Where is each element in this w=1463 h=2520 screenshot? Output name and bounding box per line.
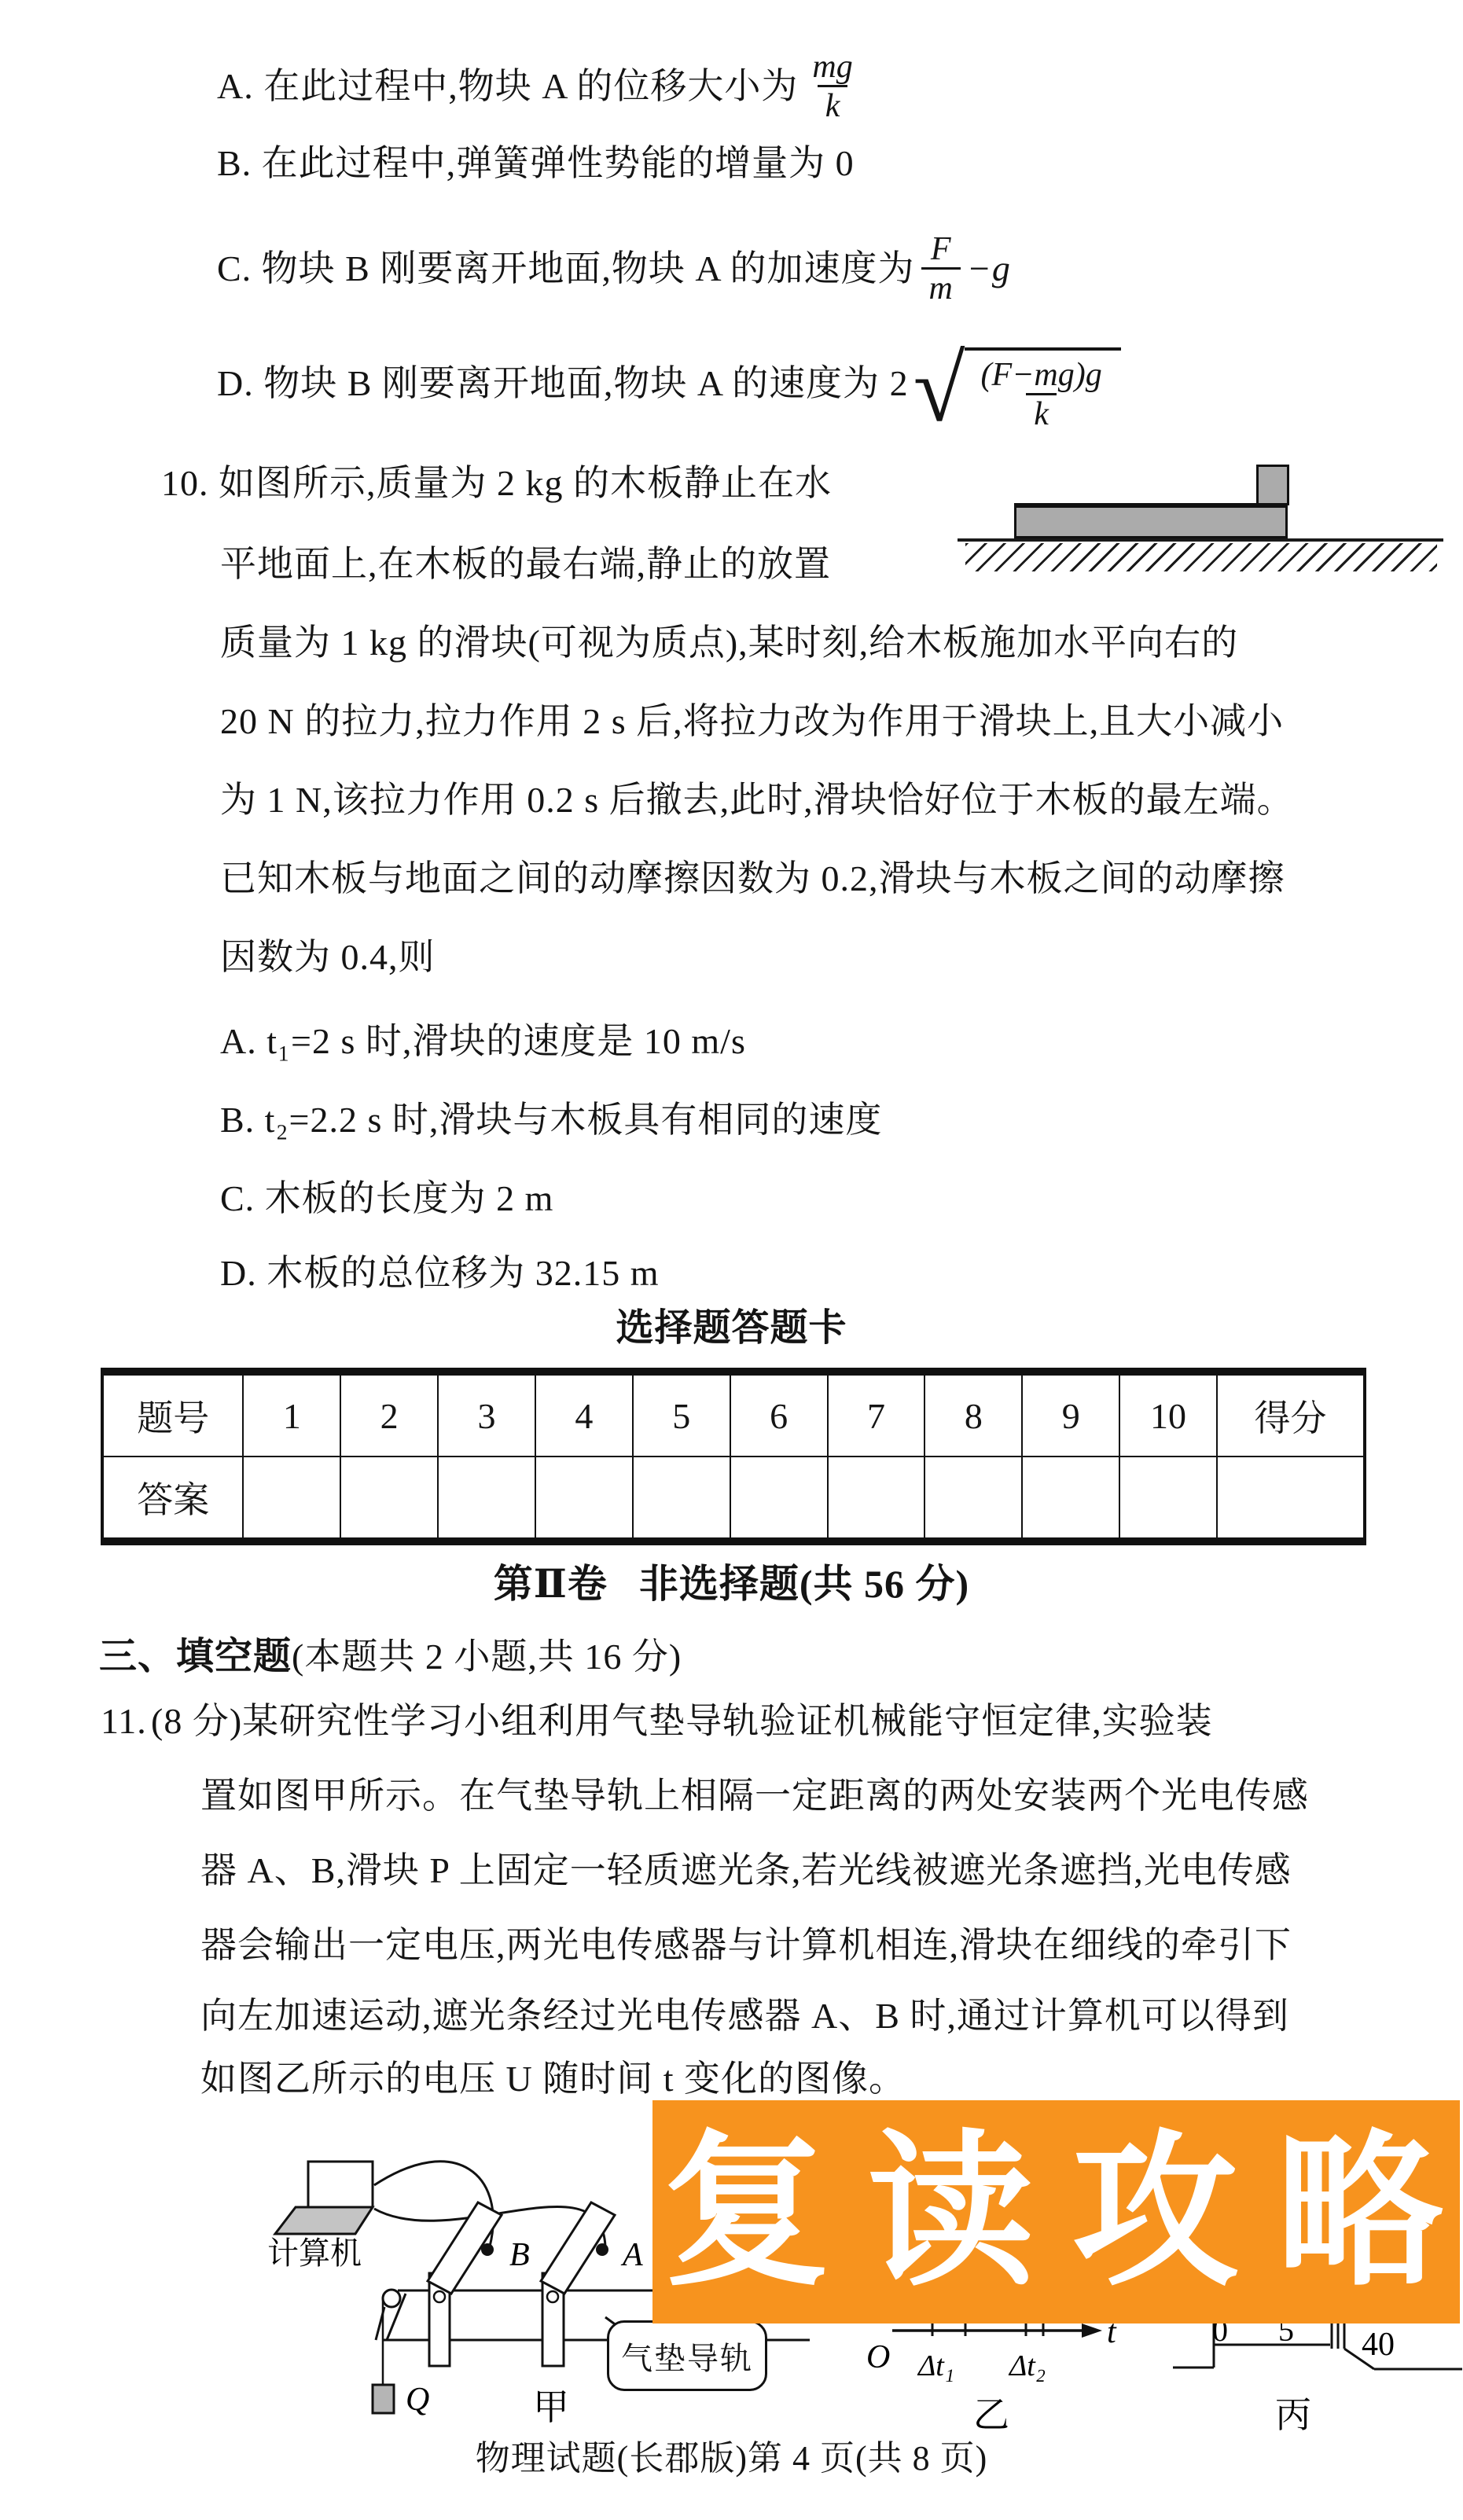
laptop-screen-icon [308,2162,373,2207]
q11-line5: 向左加速运动,遮光条经过光电传感器 A、B 时,通过计算机可以得到 [200,1993,1289,2040]
header-cell: 6 [730,1372,828,1457]
weight-label: Q [406,2382,429,2418]
ground-hatching [965,543,1437,571]
header-cell: 3 [438,1372,535,1457]
header-cell: 9 [1022,1372,1119,1457]
header-cell: 8 [924,1372,1022,1457]
answer-cell [1217,1457,1365,1541]
q10-option-c: C. 木板的长度为 2 m [220,1175,553,1222]
header-cell: 得分 [1217,1372,1365,1457]
laptop-keyboard-icon [275,2207,373,2234]
answer-cell [1022,1457,1119,1541]
fraction-numerator: (F−mg)g [972,357,1109,393]
delta-t1-label: Δt₁ [917,2349,954,2382]
delta-t2-label: Δt₂ [1008,2349,1046,2382]
watermark-banner: 复读攻略 [652,2100,1460,2323]
q9-option-a: A. 在此过程中,物块 A 的位移大小为 mg k [217,31,867,141]
q9-option-a-text: A. 在此过程中,物块 A 的位移大小为 [217,63,798,110]
figure-bing-label: 丙 [1275,2395,1311,2435]
q9-option-d-sqrt: √ (F−mg)g k [913,335,1121,432]
q10-option-b: B. t₂=2.2 s 时,滑块与木板具有相同的速度 [220,1097,882,1144]
q10-line7: 因数为 0.4,则 [220,934,436,981]
header-cell: 10 [1119,1372,1217,1457]
fraction-numerator: mg [804,49,860,85]
q10-line4: 20 N 的拉力,拉力作用 2 s 后,将拉力改为作用于滑块上,且大小减小 [220,698,1284,745]
section3-subtitle: (本题共 2 小题,共 16 分) [292,1633,682,1681]
q9-option-c-fraction: F m [921,231,961,307]
q11-line1: (8 分)某研究性学习小组利用气垫导轨验证机械能守恒定律,实验装 [151,1698,1213,1745]
q10-option-a: A. t₁=2 s 时,滑块的速度是 10 m/s [220,1018,746,1065]
photogate-a-sensor-dot [596,2243,608,2256]
q9-option-c-suffix: −g [967,245,1011,292]
slider-block-shape [1256,465,1289,505]
header-cell: 7 [828,1372,925,1457]
origin-label: O [866,2339,890,2375]
q10-line6: 已知木板与地面之间的动摩擦因数为 0.2,滑块与木板之间的动摩擦 [220,855,1285,902]
answer-cell [924,1457,1022,1541]
answer-cell [340,1457,438,1541]
section3-heading: 三、填空题 (本题共 2 小题,共 16 分) [99,1633,682,1681]
q11-line4: 器会输出一定电压,两光电传感器与计算机相连,滑块在细线的牵引下 [200,1922,1292,1969]
section3-title: 三、填空题 [99,1633,292,1681]
q9-option-d-fraction: (F−mg)g k [972,357,1109,432]
hanging-weight-shape [373,2385,394,2413]
photogate-a-hole [547,2291,558,2302]
q9-option-d: D. 物块 B 刚要离开地面,物块 A 的速度为 2 √ (F−mg)g k [217,321,1121,446]
exam-paper-page: A. 在此过程中,物块 A 的位移大小为 mg k B. 在此过程中,弹簧弹性势… [0,0,1463,2520]
radical-sign: √ [913,346,965,432]
header-cell: 2 [340,1372,438,1457]
q10-line5: 为 1 N,该拉力作用 0.2 s 后撤去,此时,滑块恰好位于木板的最左端。 [220,777,1294,824]
air-track-label-box: 气垫导轨 [607,2320,767,2391]
answer-card-table: 题号 1 2 3 4 5 6 7 8 9 10 得分 答案 [101,1368,1366,1545]
q10-line3: 质量为 1 kg 的滑块(可视为质点),某时刻,给木板施加水平向右的 [220,619,1238,667]
fraction-denominator: m [921,267,961,307]
header-cell: 题号 [102,1372,243,1457]
q10-line2: 平地面上,在木板的最右端,静止的放置 [220,541,831,588]
q10-number: 10. [161,460,209,507]
q11-line2: 置如图甲所示。在气垫导轨上相隔一定距离的两处安装两个光电传感 [200,1772,1309,1820]
fraction-denominator: k [1026,393,1057,432]
answer-label-cell: 答案 [102,1457,243,1541]
answer-cell [535,1457,633,1541]
part2-heading: 第Ⅱ卷 非选择题(共 56 分) [0,1560,1463,1607]
q11-line3: 器 A、B,滑块 P 上固定一轻质遮光条,若光线被遮光条遮挡,光电传感 [200,1847,1292,1894]
fraction-numerator: F [923,231,959,267]
sensor-b-label: B [509,2237,530,2273]
part2-volume: 第Ⅱ卷 [494,1562,608,1606]
photogate-b-sensor-dot [481,2243,494,2256]
q9-option-c-text: C. 物块 B 刚要离开地面,物块 A 的加速度为 [217,245,915,292]
watermark-text: 复读攻略 [632,2100,1463,2323]
board-shape [1014,503,1288,538]
answer-cell [828,1457,925,1541]
table-answer-row: 答案 [102,1457,1365,1541]
computer-label: 计算机 [267,2235,362,2271]
q10-figure-board-on-ground [951,439,1462,576]
q9-option-b: B. 在此过程中,弹簧弹性势能的增量为 0 [217,140,855,187]
answer-card-title: 选择题答题卡 [0,1305,1463,1352]
q9-option-c: C. 物块 B 刚要离开地面,物块 A 的加速度为 F m −g [217,214,1011,324]
header-cell: 5 [633,1372,730,1457]
figure-yi-label: 乙 [973,2395,1009,2435]
answer-cell [243,1457,340,1541]
header-cell: 4 [535,1372,633,1457]
header-cell: 1 [243,1372,340,1457]
q10-line1: 如图所示,质量为 2 kg 的木板静止在水 [219,460,832,507]
answer-cell [1119,1457,1217,1541]
figure-jia-label: 甲 [533,2387,569,2427]
page-footer: 物理试题(长郡版)第 4 页(共 8 页) [0,2435,1463,2482]
answer-cell [438,1457,535,1541]
fraction-denominator: k [818,85,848,124]
q10-option-d: D. 木板的总位移为 32.15 m [220,1250,660,1297]
photogate-b-hole [434,2291,445,2302]
air-track-label: 气垫导轨 [621,2334,753,2379]
scale-40-label: 40 [1362,2327,1395,2363]
q11-number: 11. [101,1698,147,1745]
ground-line [958,538,1443,542]
q9-option-d-text: D. 物块 B 刚要离开地面,物块 A 的速度为 2 [217,360,909,407]
answer-cell [633,1457,730,1541]
q9-option-a-fraction: mg k [804,49,860,124]
q9-option-b-text: B. 在此过程中,弹簧弹性势能的增量为 0 [217,140,855,187]
pulley-icon [383,2290,400,2307]
part2-title: 非选择题(共 56 分) [639,1562,969,1606]
table-header-row: 题号 1 2 3 4 5 6 7 8 9 10 得分 [102,1372,1365,1457]
answer-cell [730,1457,828,1541]
